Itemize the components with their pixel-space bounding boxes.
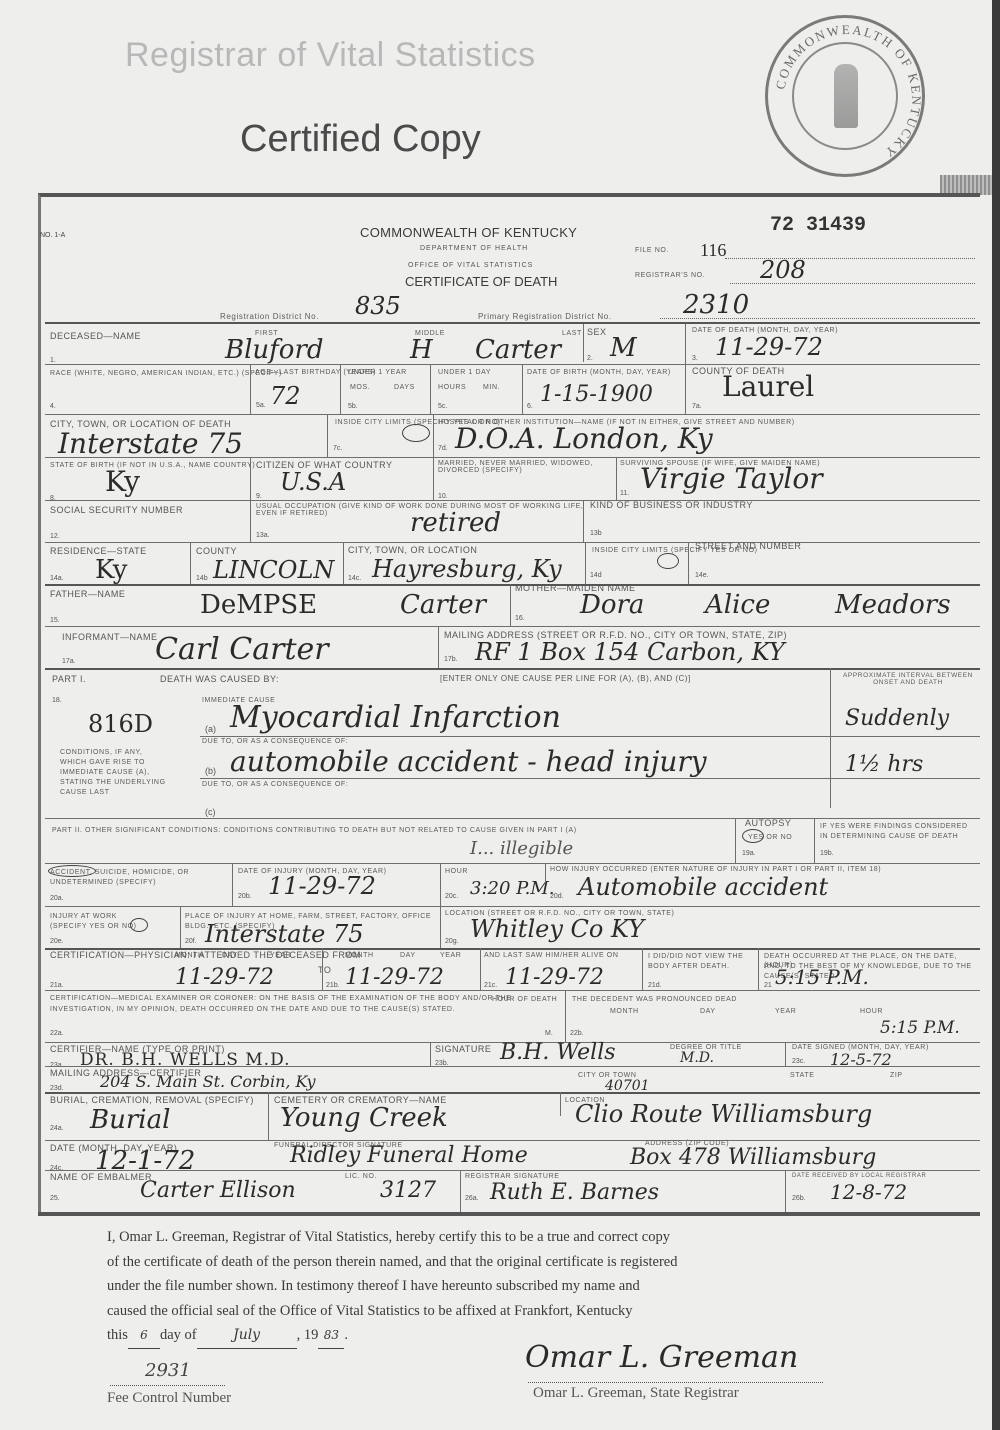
burial-label: BURIAL, CREMATION, REMOVAL (SPECIFY)	[50, 1095, 254, 1105]
middle-name: H	[410, 335, 433, 365]
year-label-3: YEAR	[775, 1008, 796, 1015]
county-of-death: Laurel	[722, 370, 814, 403]
year-prefix: , 19	[297, 1327, 319, 1343]
mother-first: Dora	[580, 590, 644, 620]
how-injury: Automobile accident	[578, 873, 828, 901]
cert-year: 83	[318, 1323, 344, 1349]
at-work-circled	[130, 918, 148, 932]
injury-location: Whitley Co KY	[470, 915, 644, 943]
due-to-label-a: DUE TO, OR AS A CONSEQUENCE OF:	[202, 738, 348, 745]
conditions-label: CONDITIONS, IF ANY, WHICH GAVE RISE TO I…	[60, 748, 170, 798]
cert-day: 6	[128, 1323, 160, 1349]
under-day-label: UNDER 1 DAY	[438, 369, 491, 376]
certificate-title: CERTIFICATE OF DEATH	[405, 274, 557, 289]
did-view-label: I DID/DID NOT VIEW THE BODY AFTER DEATH.	[648, 952, 758, 972]
pronounced-label: THE DECEDENT WAS PRONOUNCED DEAD	[572, 996, 737, 1003]
day-of-label: day of	[160, 1327, 197, 1343]
kentucky-seal-icon: COMMONWEALTH OF KENTUCKY	[765, 15, 925, 177]
seal-inner-ring	[792, 42, 898, 150]
father-label: FATHER—NAME	[50, 589, 125, 599]
attended-to: 11-29-72	[345, 965, 444, 990]
commonwealth-title: COMMONWEALTH OF KENTUCKY	[360, 225, 577, 240]
fee-control-number: 2931	[145, 1360, 191, 1381]
cause-code: 816D	[88, 710, 153, 738]
degree: M.D.	[680, 1050, 714, 1066]
death-hour: 5:15 P.M.	[775, 965, 869, 989]
cert-physician-label: CERTIFICATION—PHYSICIAN: I ATTENDED THE …	[50, 950, 361, 960]
registrar-signature-greeman: Omar L. Greeman	[525, 1340, 798, 1375]
fee-rule	[110, 1385, 225, 1386]
age-value: 72	[270, 382, 301, 410]
cert-me-label: CERTIFICATION—MEDICAL EXAMINER OR CORONE…	[50, 993, 550, 1015]
zip-label: ZIP	[890, 1072, 903, 1079]
injury-hour: 3:20 P.M.	[470, 878, 554, 899]
injury-date: 11-29-72	[268, 872, 376, 900]
signature-rule	[528, 1382, 823, 1383]
certifier-signature: B.H. Wells	[500, 1040, 616, 1065]
sex-label: SEX	[587, 327, 607, 337]
dob-label: DATE OF BIRTH (MONTH, DAY, YEAR)	[527, 369, 671, 376]
department-label: DEPARTMENT OF HEALTH	[420, 245, 528, 252]
cert-line-3: under the file number shown. In testimon…	[107, 1274, 937, 1299]
stamp-number: 72 31439	[770, 214, 866, 237]
min-label: MIN.	[483, 384, 500, 391]
race-label: RACE (WHITE, NEGRO, AMERICAN INDIAN, ETC…	[50, 370, 282, 377]
father-first: DeMPSE	[200, 590, 317, 620]
certified-copy-heading: Certified Copy	[240, 118, 481, 161]
hour-label-2: HOUR	[860, 1008, 883, 1015]
city: Hayresburg, Ky	[372, 555, 562, 583]
how-label: HOW INJURY OCCURRED (ENTER NATURE OF INJ…	[550, 866, 881, 873]
findings-label: IF YES WERE FINDINGS CONSIDERED IN DETER…	[820, 822, 975, 842]
city-label: CITY, TOWN, OR LOCATION	[348, 545, 477, 555]
cert-line-4: caused the official seal of the Office o…	[107, 1299, 937, 1324]
year-label-2: YEAR	[440, 952, 461, 959]
citizen: U.S.A	[280, 468, 346, 496]
cemetery: Young Creek	[280, 1103, 448, 1133]
form-bottom-rule	[38, 1212, 980, 1216]
cert-month: July	[197, 1323, 297, 1349]
one-cause-label: [ENTER ONLY ONE CAUSE PER LINE FOR (a), …	[440, 674, 691, 683]
funeral-director: Ridley Funeral Home	[290, 1143, 528, 1168]
primary-reg-district: 2310	[683, 290, 749, 320]
primary-reg-district-label: Primary Registration District No.	[478, 312, 612, 321]
hour-label: HOUR	[445, 868, 468, 875]
registrar-banner: Registrar of Vital Statistics	[125, 36, 536, 75]
state-label: STATE	[790, 1072, 815, 1079]
informant-label: INFORMANT—NAME	[62, 632, 158, 642]
certification-statement: I, Omar L. Greeman, Registrar of Vital S…	[107, 1225, 937, 1349]
burial: Burial	[90, 1105, 170, 1135]
spouse: Virgie Taylor	[640, 462, 823, 495]
mos-label: MOS.	[350, 384, 370, 391]
cert-date-line: this6day ofJuly, 1983.	[107, 1323, 937, 1349]
file-no-label: FILE NO.	[635, 247, 669, 254]
paper-tab	[940, 175, 992, 195]
fd-address: Box 478 Williamsburg	[630, 1145, 876, 1170]
year-label-1: YEAR	[270, 952, 291, 959]
day-label-3: DAY	[700, 1008, 716, 1015]
state-of-birth-label: STATE OF BIRTH (IF NOT IN U.S.A., NAME C…	[50, 462, 255, 469]
interval-a: Suddenly	[845, 706, 949, 731]
day-label-2: DAY	[400, 952, 416, 959]
marital-label: MARRIED, NEVER MARRIED, WIDOWED, DIVORCE…	[438, 460, 598, 474]
form-number: NO. 1-A	[40, 232, 65, 239]
lic-no: 3127	[380, 1178, 436, 1203]
file-no: 116	[700, 240, 726, 261]
due-to-label-b: DUE TO, OR AS A CONSEQUENCE OF:	[202, 781, 348, 788]
interval-label: APPROXIMATE INTERVAL BETWEEN ONSET AND D…	[838, 672, 978, 686]
reg-district-label: Registration District No.	[220, 312, 319, 321]
this-label: this	[107, 1327, 128, 1343]
street-label: STREET AND NUMBER	[695, 541, 801, 551]
day-label-1: DAY	[222, 952, 238, 959]
last-saw-label: AND LAST SAW HIM/HER ALIVE ON	[484, 952, 618, 959]
date-of-birth: 1-15-1900	[540, 382, 653, 407]
county: LINCOLN	[213, 556, 334, 584]
registrar-signature: Ruth E. Barnes	[490, 1180, 659, 1205]
father-last: Carter	[400, 590, 486, 620]
date-received: 12-8-72	[830, 1180, 907, 1204]
embalmer: Carter Ellison	[140, 1178, 296, 1203]
cause-b: automobile accident - head injury	[230, 745, 707, 778]
cert-line-2: of the certificate of death of the perso…	[107, 1250, 937, 1275]
days-label: DAYS	[394, 384, 415, 391]
mailing-address: RF 1 Box 154 Carbon, KY	[475, 638, 785, 666]
no-circled-2	[657, 553, 679, 569]
cert-line-1: I, Omar L. Greeman, Registrar of Vital S…	[107, 1225, 937, 1250]
reg-district: 835	[355, 292, 401, 320]
month-label-2: MONTH	[345, 952, 374, 959]
attended-from: 11-29-72	[175, 965, 274, 990]
interval-b: 1½ hrs	[845, 752, 923, 777]
residence-state: Ky	[95, 555, 127, 585]
lic-label: LIC. NO.	[345, 1173, 377, 1180]
part2-label: PART II. OTHER SIGNIFICANT CONDITIONS: C…	[52, 827, 577, 834]
date-of-death: 11-29-72	[715, 333, 823, 361]
office-label: OFFICE OF VITAL STATISTICS	[408, 262, 533, 269]
part1-label: PART I.	[52, 674, 86, 684]
accident-circled	[48, 865, 96, 877]
mailing-certifier: 204 S. Main St. Corbin, Ky	[100, 1072, 316, 1091]
hospital: D.O.A. London, Ky	[455, 422, 713, 455]
month-label-1: MONTH	[175, 952, 204, 959]
signature-label: SIGNATURE	[435, 1044, 491, 1054]
ssn-label: SOCIAL SECURITY NUMBER	[50, 505, 183, 515]
cause-a: Myocardial Infarction	[230, 700, 561, 735]
autopsy-label: AUTOPSY	[745, 818, 791, 828]
hour-of-death-label: HOUR OF DEATH	[492, 996, 557, 1003]
state-of-birth: Ky	[105, 465, 140, 498]
state-registrar-label: Omar L. Greeman, State Registrar	[533, 1385, 739, 1402]
sex-value: M	[610, 333, 637, 363]
mother-middle: Alice	[705, 590, 770, 620]
certifier-name: DR. B.H. WELLS M.D.	[80, 1050, 291, 1070]
page-edge	[992, 0, 1000, 1430]
decedent-name-label: DECEASED—NAME	[50, 331, 141, 341]
death-caused-label: DEATH WAS CAUSED BY:	[160, 674, 279, 684]
seal-figures-icon	[834, 64, 858, 128]
registrar-sig-label: REGISTRAR SIGNATURE	[465, 1173, 560, 1180]
yes-circled	[742, 829, 764, 843]
occupation: retired	[410, 508, 501, 538]
under-year-label: UNDER 1 YEAR	[348, 369, 407, 376]
pronounced-hour: 5:15 P.M.	[880, 1018, 960, 1038]
registrar-no-label: REGISTRAR'S NO.	[635, 272, 705, 279]
hours-label: HOURS	[438, 384, 466, 391]
last-saw: 11-29-72	[505, 965, 604, 990]
fee-control-label: Fee Control Number	[107, 1390, 231, 1407]
no-circled	[402, 424, 430, 442]
location-of-death: Interstate 75	[58, 427, 243, 460]
embalmer-label: NAME OF EMBALMER	[50, 1172, 152, 1182]
business-label: KIND OF BUSINESS OR INDUSTRY	[590, 500, 753, 510]
month-label-3: MONTH	[610, 1008, 639, 1015]
place-of-injury: Interstate 75	[205, 920, 364, 948]
to-label: TO	[318, 965, 331, 975]
part2-value: I... illegible	[470, 838, 573, 859]
cem-location: Clio Route Williamsburg	[575, 1100, 872, 1128]
date-received-label: DATE RECEIVED BY LOCAL REGISTRAR	[792, 1173, 926, 1179]
mother-last: Meadors	[835, 590, 951, 620]
last-name: Carter	[475, 335, 561, 365]
registrar-no: 208	[760, 256, 806, 284]
county-label: COUNTY	[196, 546, 237, 556]
first-name: Bluford	[225, 335, 324, 365]
informant: Carl Carter	[155, 632, 329, 667]
last-label: LAST	[562, 330, 582, 337]
